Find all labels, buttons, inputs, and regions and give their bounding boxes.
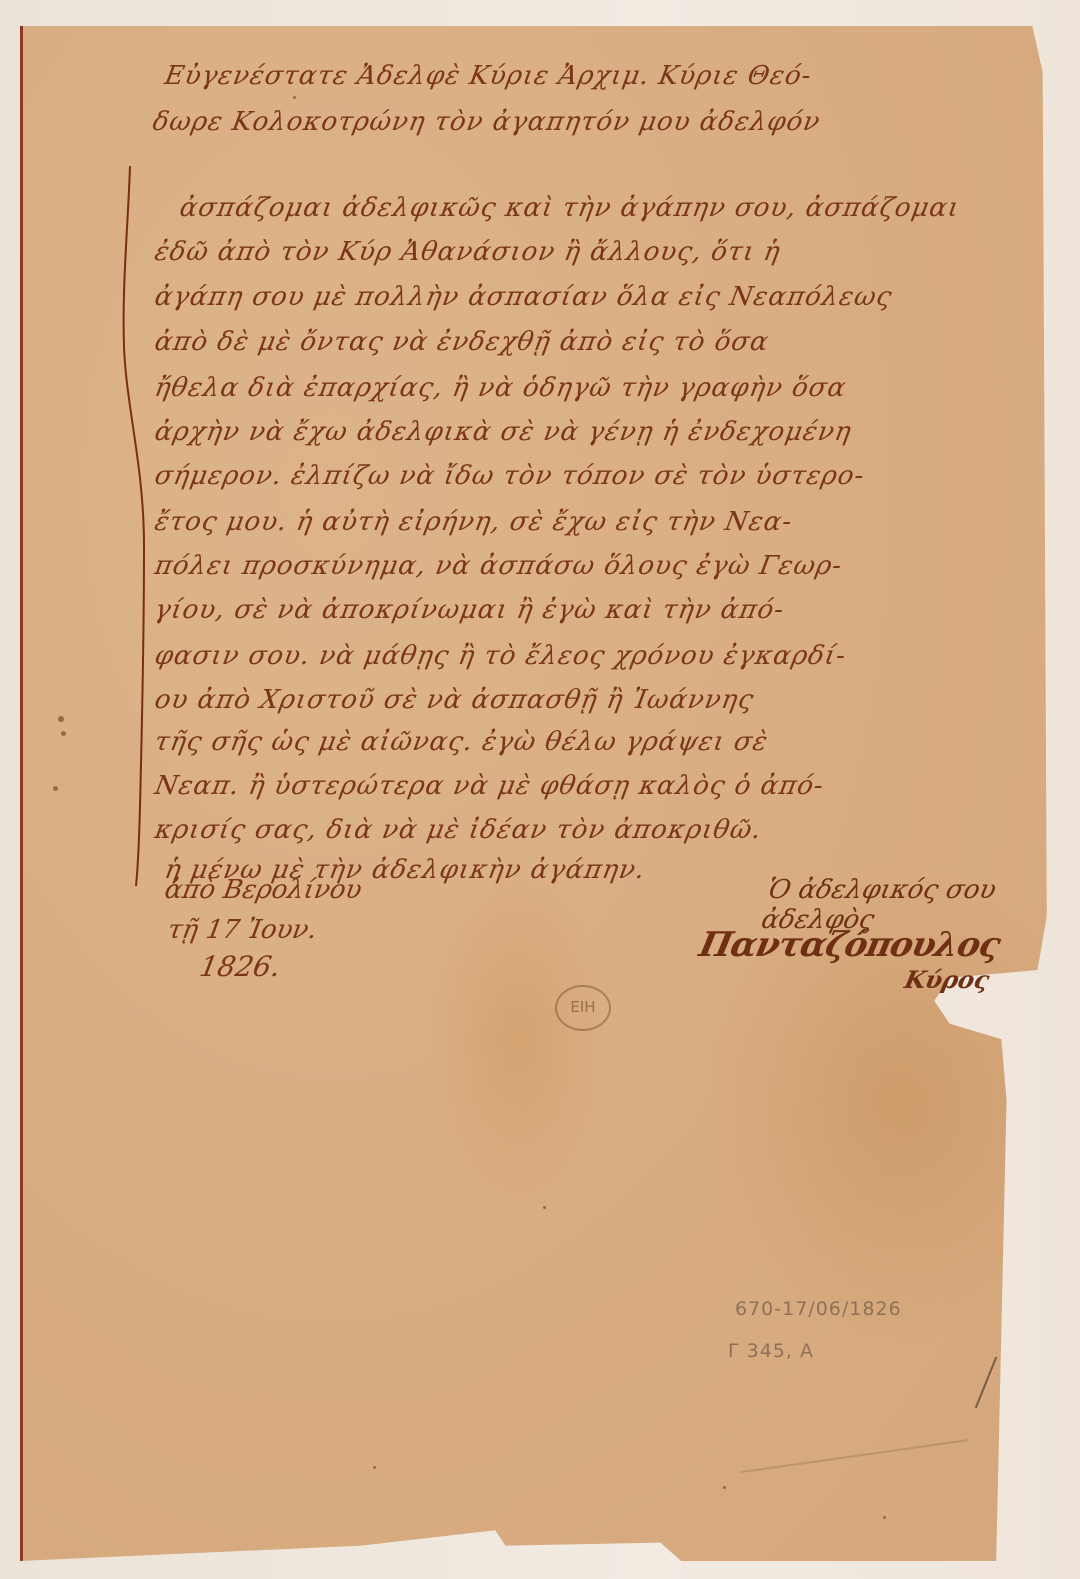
body-line: ου ἀπὸ Χριστοῦ σὲ νὰ ἀσπασθῇ ἢ Ἰωάννης (151, 680, 757, 720)
body-line: κρισίς σας, διὰ νὰ μὲ ἰδέαν τὸν ἀποκριθῶ… (151, 810, 765, 850)
body-line: ἐδῶ ἀπὸ τὸν Κύρ Ἀθανάσιον ἢ ἄλλους, ὅτι … (151, 232, 784, 272)
body-line: ἤθελα διὰ ἐπαρχίας, ἢ νὰ ὁδηγῶ τὴν γραφὴ… (151, 368, 849, 408)
archive-stamp: ΕΙΗ (555, 985, 611, 1031)
date-line: τῇ 17 Ἰουν. (165, 915, 319, 945)
body-line: τῆς σῆς ὡς μὲ αἰῶνας. ἐγὼ θέλω γράψει σὲ (151, 722, 771, 762)
body-line: ἀρχὴν νὰ ἔχω ἀδελφικὰ σὲ νὰ γένῃ ἡ ἐνδεχ… (151, 412, 855, 452)
ink-speck (53, 786, 58, 791)
ink-speck (373, 1466, 376, 1469)
body-line: ἔτος μου. ἡ αὐτὴ εἰρήνη, σὲ ἔχω εἰς τὴν … (151, 502, 795, 542)
body-line: ἀσπάζομαι ἀδελφικῶς καὶ τὴν ἀγάπην σου, … (176, 188, 962, 228)
archive-code: 670-17/06/1826 (735, 1298, 902, 1320)
ink-speck (58, 716, 64, 722)
body-line: γίου, σὲ νὰ ἀποκρίνωμαι ἢ ἐγὼ καὶ τὴν ἀπ… (151, 590, 787, 630)
ink-speck (883, 1516, 886, 1519)
body-line: Νεαπ. ἢ ὑστερώτερα νὰ μὲ φθάσῃ καλὸς ὁ ἀ… (151, 766, 827, 806)
margin-line (118, 166, 158, 886)
body-line: σήμερον. ἐλπίζω νὰ ἴδω τὸν τόπον σὲ τὸν … (151, 456, 867, 496)
archive-reference: Γ 345, Α (728, 1340, 814, 1362)
place-line: ἀπὸ Βερολίνου (162, 875, 364, 905)
ink-speck (293, 96, 296, 99)
ink-speck (723, 1486, 726, 1489)
ink-speck (543, 1206, 546, 1209)
ink-speck (61, 731, 66, 736)
body-line: φασιν σου. νὰ μάθῃς ἢ τὸ ἔλεος χρόνου ἐγ… (151, 636, 849, 676)
signature: Πανταζόπουλος (696, 925, 1004, 965)
salutation-line-2: δωρε Κολοκοτρώνη τὸν ἀγαπητόν μου ἀδελφό… (149, 102, 823, 142)
salutation-line-1: Εὐγενέστατε Ἀδελφὲ Κύριε Ἀρχιμ. Κύριε Θε… (161, 56, 815, 96)
body-line: πόλει προσκύνημα, νὰ ἀσπάσω ὅλους ἐγὼ Γε… (151, 546, 845, 586)
body-line: ἀγάπη σου μὲ πολλὴν ἀσπασίαν ὅλα εἰς Νεα… (151, 277, 895, 317)
signature-suffix: Κύρος (902, 965, 992, 994)
year-line: 1826. (197, 950, 283, 983)
body-line: ἀπὸ δὲ μὲ ὄντας νὰ ἐνδεχθῇ ἀπὸ εἰς τὸ ὅσ… (151, 322, 772, 362)
